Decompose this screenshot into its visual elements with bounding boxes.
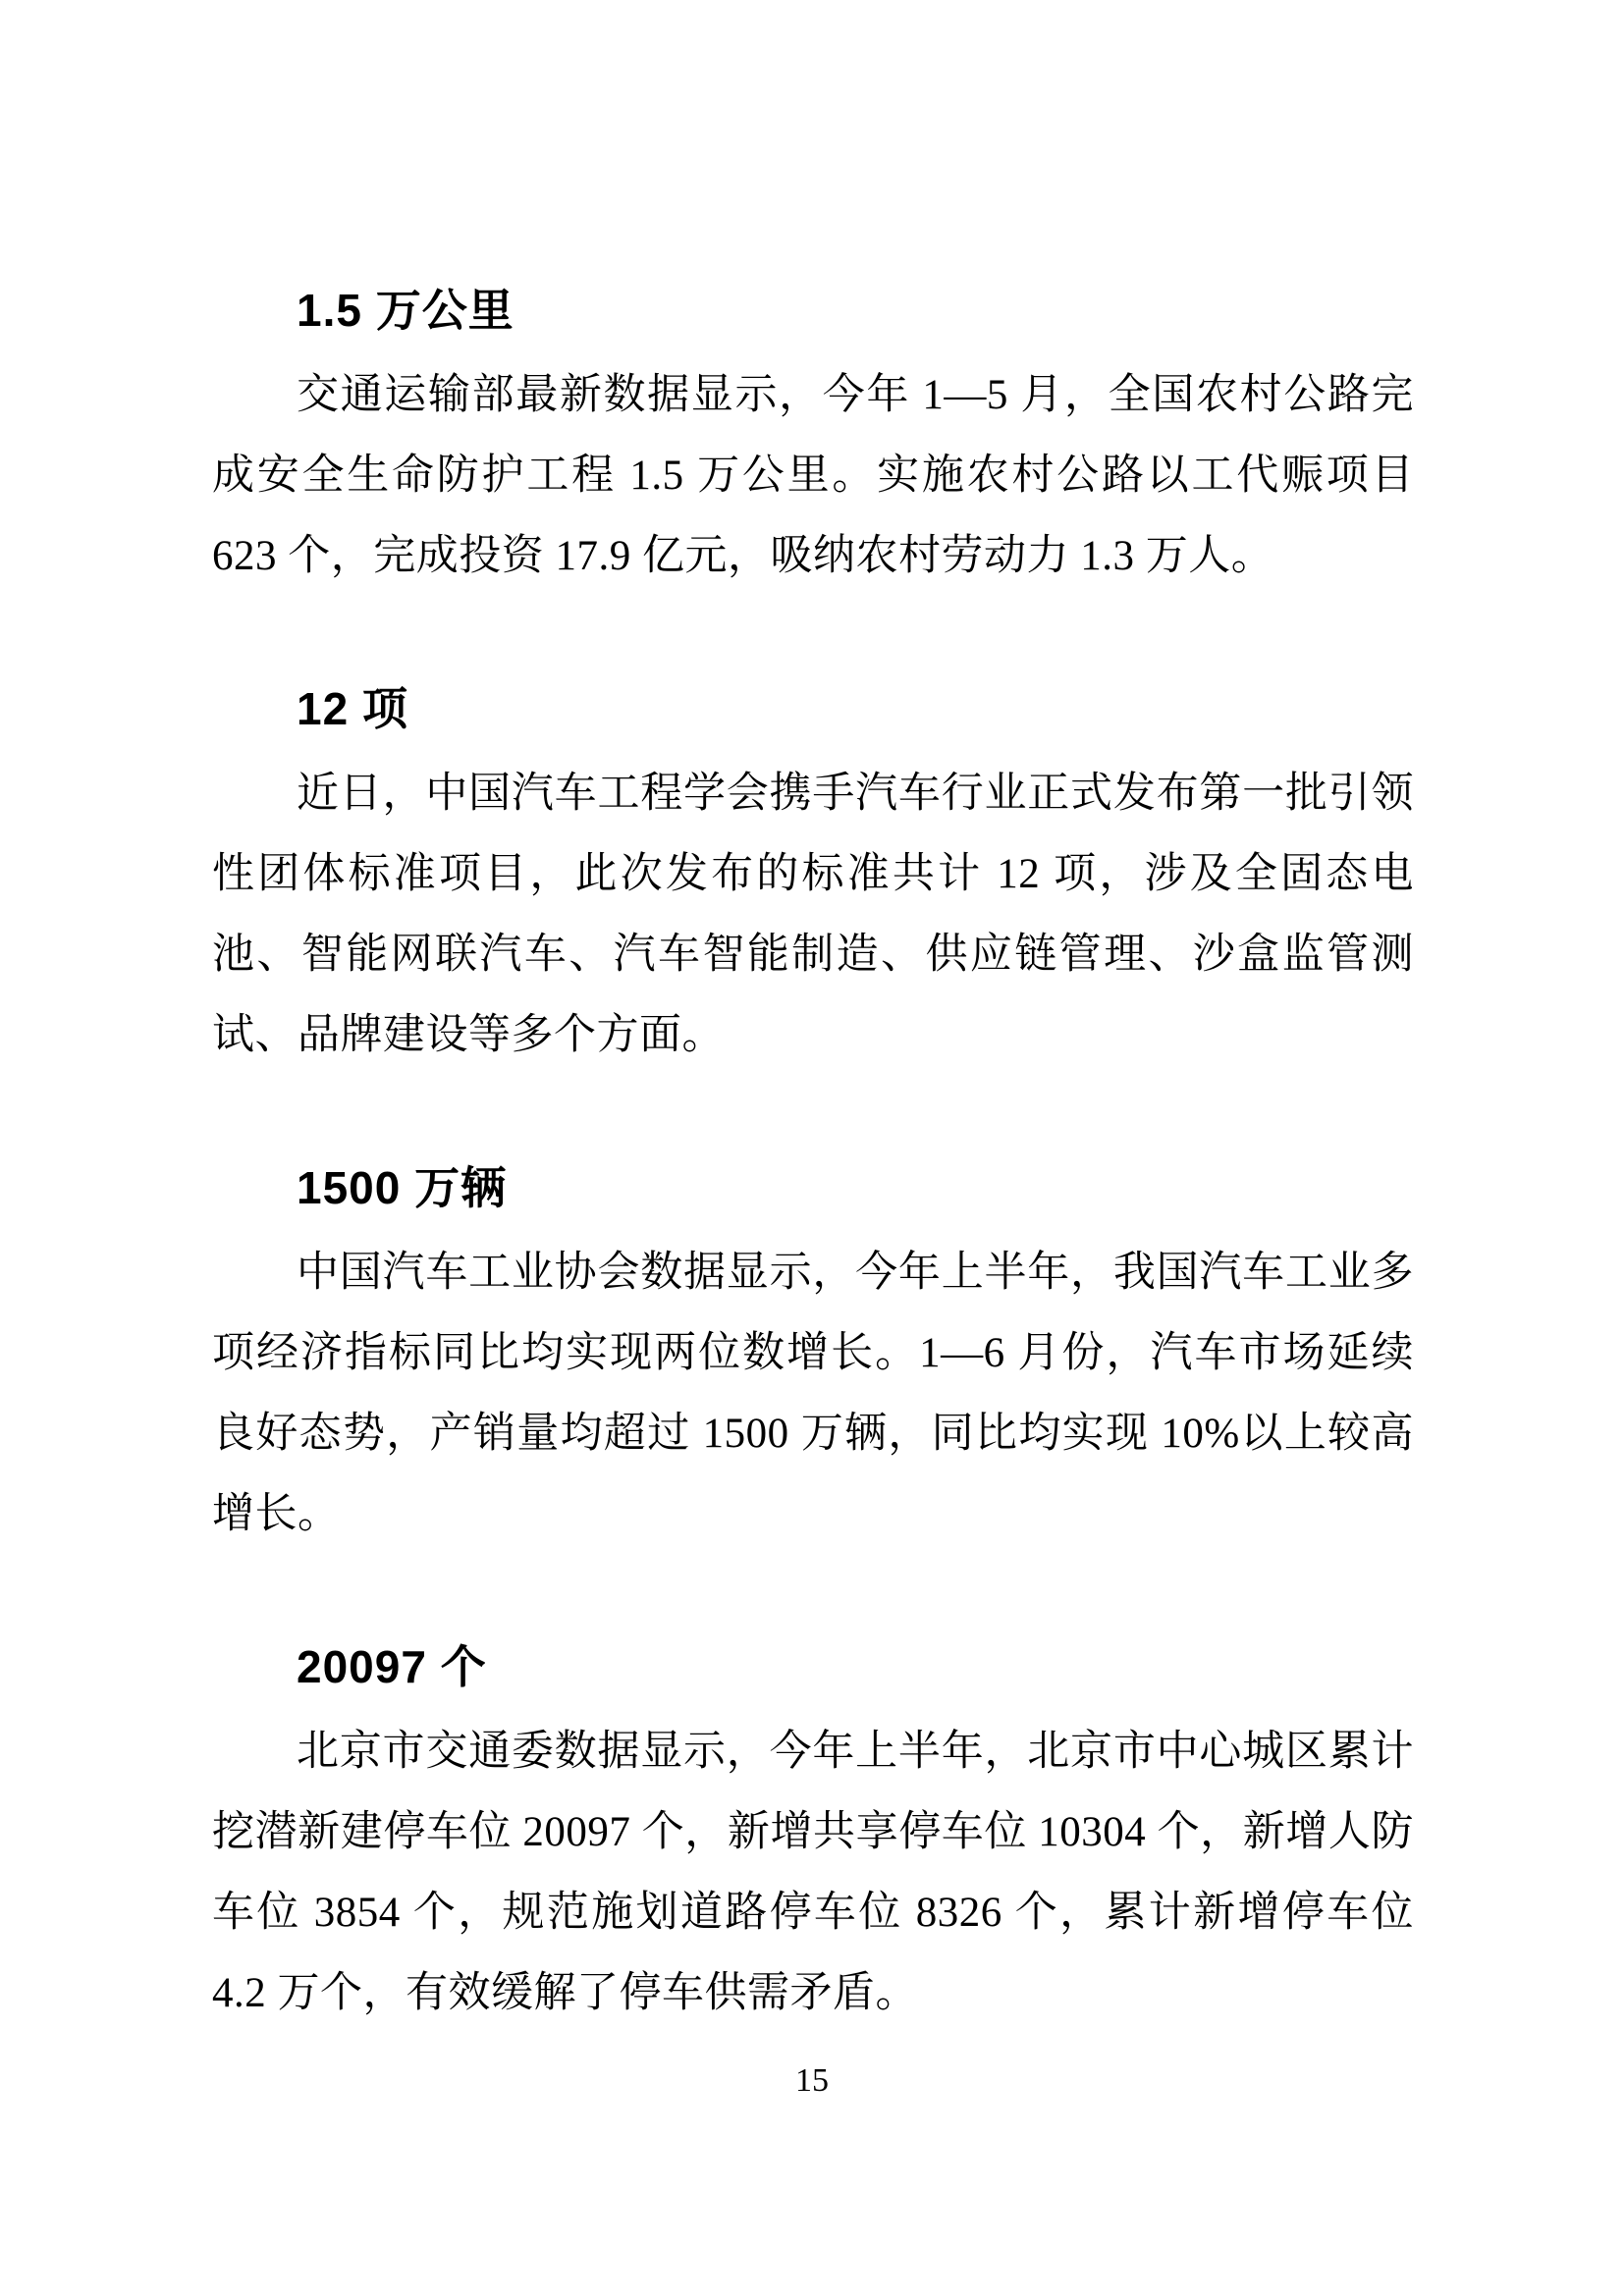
section-paragraph: 北京市交通委数据显示，今年上半年，北京市中心城区累计挖潜新建停车位 20097 … xyxy=(212,1712,1414,2034)
section-heading: 1500 万辆 xyxy=(212,1160,1414,1215)
section-auto-standards: 12 项 近日，中国汽车工程学会携手汽车行业正式发布第一批引领性团体标准项目，此… xyxy=(212,681,1414,1076)
section-heading: 1.5 万公里 xyxy=(212,283,1414,338)
page-number: 15 xyxy=(0,2061,1624,2101)
document-page: 1.5 万公里 交通运输部最新数据显示，今年 1—5 月，全国农村公路完成安全生… xyxy=(0,0,1624,2296)
section-heading: 12 项 xyxy=(212,681,1414,736)
section-paragraph: 中国汽车工业协会数据显示，今年上半年，我国汽车工业多项经济指标同比均实现两位数增… xyxy=(212,1233,1414,1555)
section-parking-spaces: 20097 个 北京市交通委数据显示，今年上半年，北京市中心城区累计挖潜新建停车… xyxy=(212,1639,1414,2034)
section-heading: 20097 个 xyxy=(212,1639,1414,1694)
section-paragraph: 近日，中国汽车工程学会携手汽车行业正式发布第一批引领性团体标准项目，此次发布的标… xyxy=(212,754,1414,1076)
section-paragraph: 交通运输部最新数据显示，今年 1—5 月，全国农村公路完成安全生命防护工程 1.… xyxy=(212,355,1414,597)
section-auto-industry: 1500 万辆 中国汽车工业协会数据显示，今年上半年，我国汽车工业多项经济指标同… xyxy=(212,1160,1414,1555)
document-content: 1.5 万公里 交通运输部最新数据显示，今年 1—5 月，全国农村公路完成安全生… xyxy=(212,0,1414,2118)
section-rural-roads: 1.5 万公里 交通运输部最新数据显示，今年 1—5 月，全国农村公路完成安全生… xyxy=(212,283,1414,597)
